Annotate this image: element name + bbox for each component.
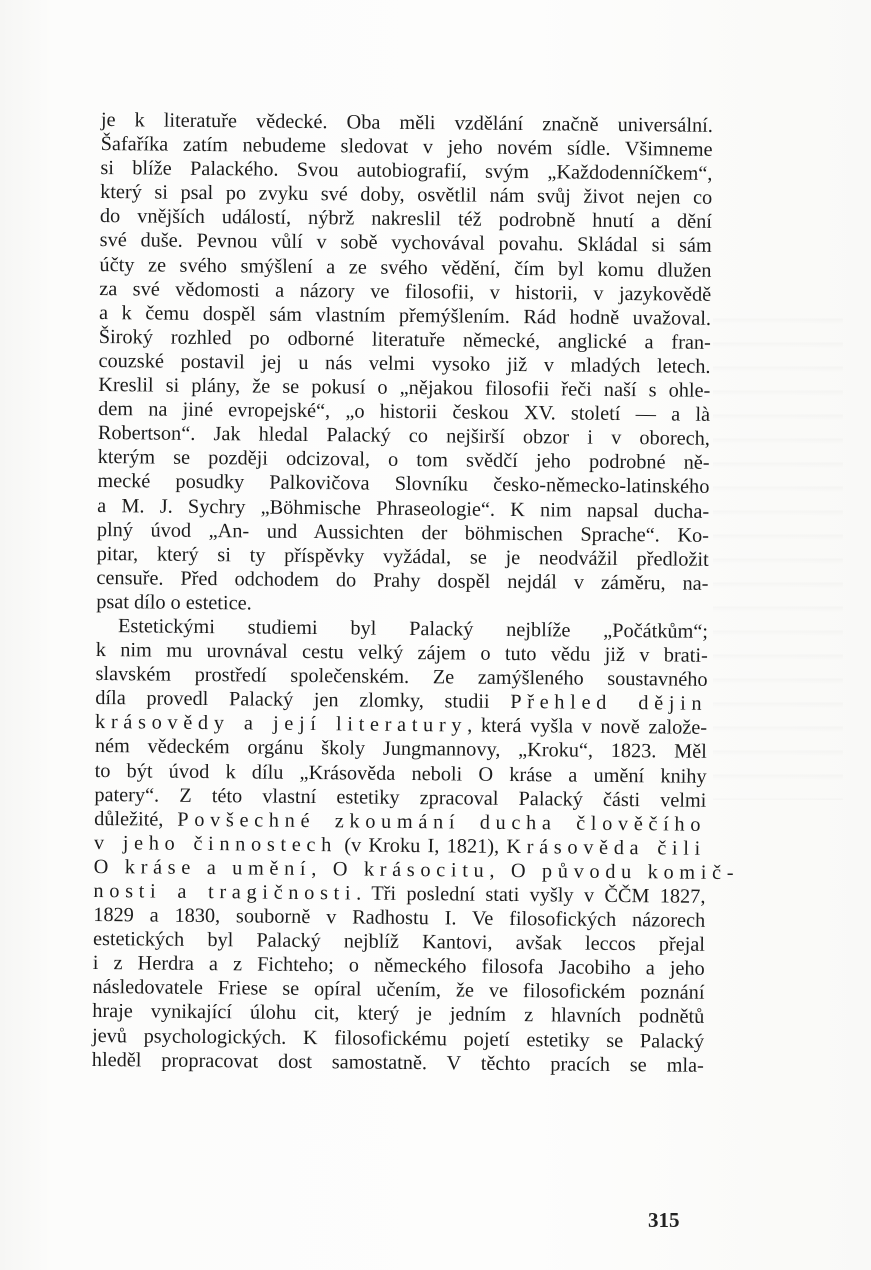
paragraph-2: Estetickými studiemi byl Palacký nejblíž…	[92, 614, 708, 1078]
spaced-title: krásovědy a její literatury	[95, 711, 467, 737]
book-page: je k literatuře vědecké. Oba měli vzdělá…	[0, 0, 871, 1270]
text-fragment: . Tři poslední stati vyšly v ČČM 1827,	[356, 882, 705, 907]
text-line: hleděl propracovat dost samostatně. V tě…	[92, 1048, 704, 1078]
text-fragment: , která vyšla v nově založe-	[467, 715, 707, 739]
spaced-title: Přehled dějin	[510, 691, 707, 715]
text-fragment: (v Kroku I, 1821),	[337, 834, 507, 858]
spaced-title: Povšechné zkoumání ducha člověčího	[177, 808, 706, 835]
spaced-title: Krásověda čili	[506, 836, 706, 860]
body-text: je k literatuře vědecké. Oba měli vzdělá…	[92, 108, 713, 1078]
spaced-title: nosti a tragičnosti	[93, 880, 356, 905]
text-fragment: důležité,	[94, 808, 163, 831]
paper-bleed-through	[713, 300, 843, 800]
paragraph-1: je k literatuře vědecké. Oba měli vzdělá…	[96, 108, 713, 620]
page-number: 315	[648, 1208, 680, 1233]
text-fragment: díla provedl Palacký jen zlomky, studii	[95, 687, 489, 713]
spaced-title: v jeho činnostech	[94, 832, 337, 856]
